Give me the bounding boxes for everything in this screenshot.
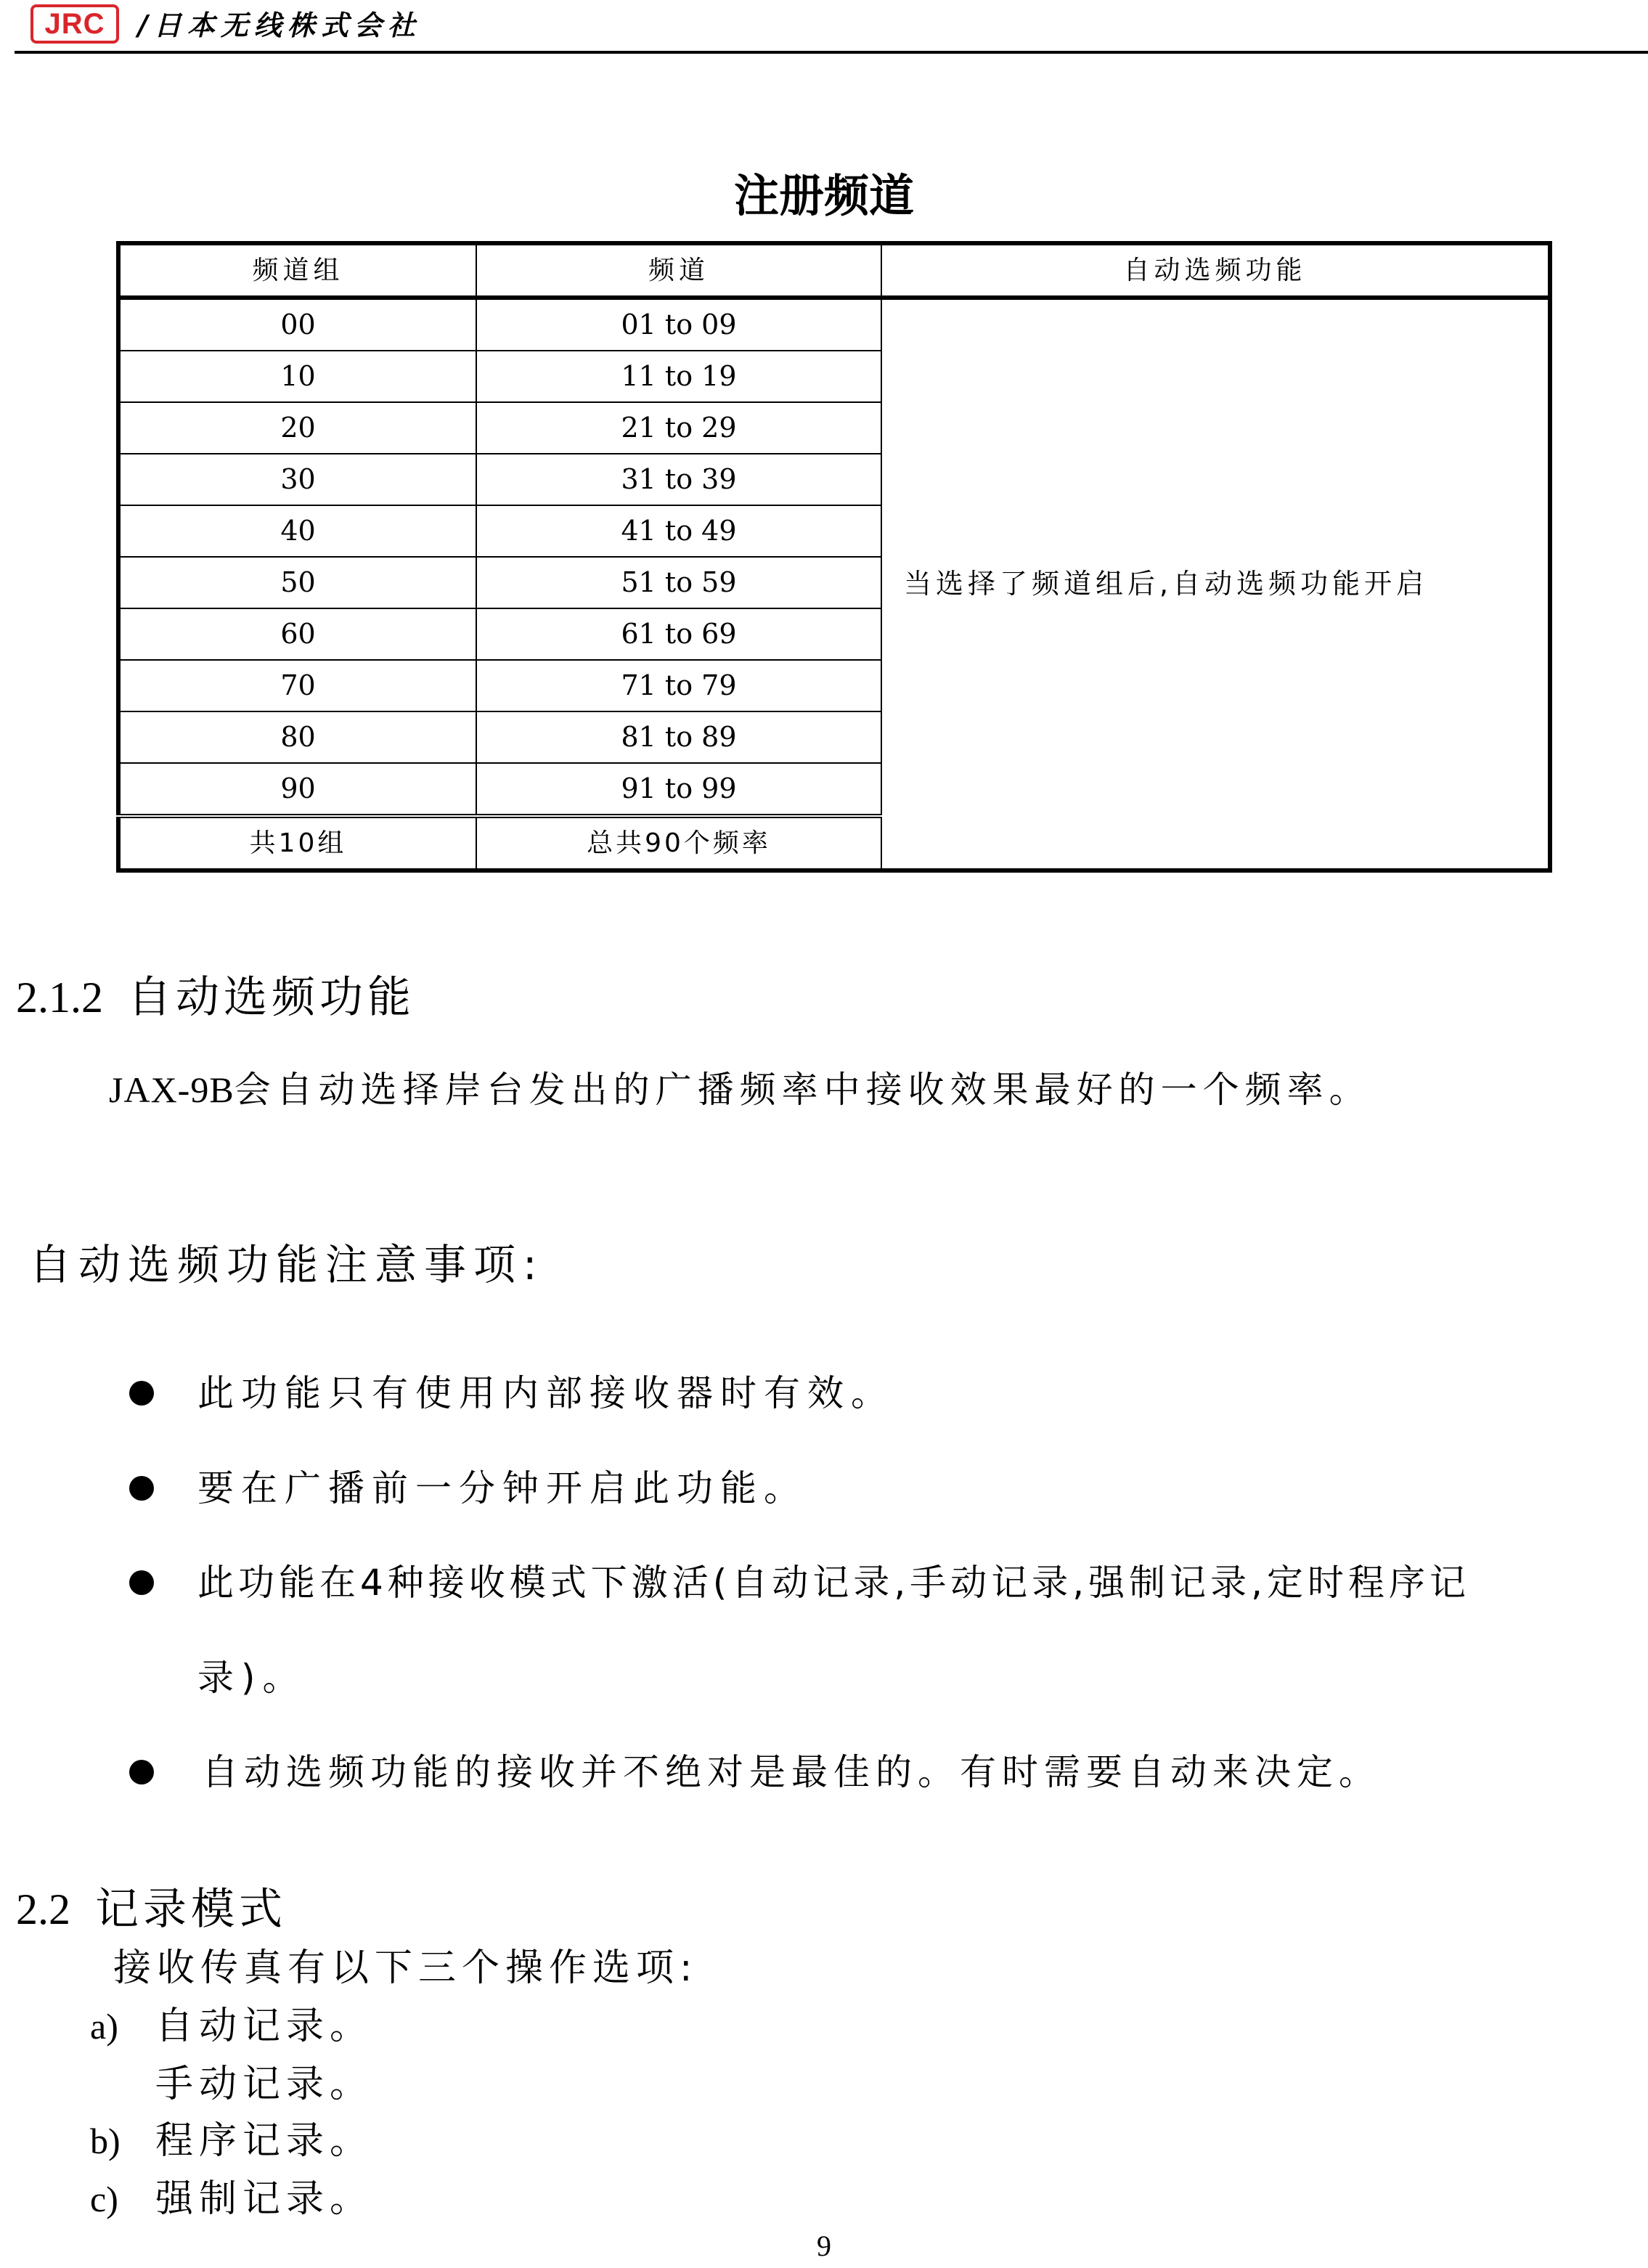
jrc-logo: JRC (30, 4, 119, 44)
section-2-2-heading: 2.2记录模式 (16, 1880, 287, 1938)
channels-cell: 61 to 69 (476, 608, 881, 660)
group-cell: 00 (118, 298, 476, 351)
channels-cell: 51 to 59 (476, 557, 881, 608)
group-cell: 60 (118, 608, 476, 660)
channels-cell: 41 to 49 (476, 505, 881, 557)
bullet-icon (129, 1760, 154, 1784)
group-cell: 10 (118, 351, 476, 402)
bullet-icon (129, 1381, 154, 1406)
option-text: 强制记录。 (155, 2174, 373, 2224)
section-number: 2.2 (16, 1885, 70, 1933)
group-cell: 90 (118, 763, 476, 816)
section-2-1-2-heading: 2.1.2自动选频功能 (16, 968, 415, 1027)
total-groups-cell: 共10组 (118, 816, 476, 870)
group-cell: 50 (118, 557, 476, 608)
table-row: 00 01 to 09 当选择了频道组后,自动选频功能开启 (118, 298, 1550, 351)
col-header-group: 频道组 (118, 243, 476, 298)
bullet-icon (129, 1570, 154, 1595)
header-divider (15, 51, 1648, 54)
total-channels-cell: 总共90个频率 (476, 816, 881, 870)
section-title: 自动选频功能 (128, 972, 415, 1023)
paragraph-text: 会自动选择岸台发出的广播频率中接收效果最好的一个频率。 (234, 1069, 1371, 1111)
col-header-auto-select: 自动选频功能 (881, 243, 1550, 298)
channels-cell: 31 to 39 (476, 454, 881, 505)
col-header-channel: 频道 (476, 243, 881, 298)
option-marker: c) (90, 2174, 118, 2224)
auto-select-note-cell: 当选择了频道组后,自动选频功能开启 (881, 298, 1550, 870)
channels-cell: 71 to 79 (476, 660, 881, 711)
company-name: /日本无线株式会社 (138, 6, 421, 45)
note-item: 此功能在4种接收模式下激活(自动记录,手动记录,强制记录,定时程序记 (197, 1557, 1470, 1608)
group-cell: 20 (118, 402, 476, 454)
channels-cell: 01 to 09 (476, 298, 881, 351)
recording-intro: 接收传真有以下三个操作选项: (113, 1943, 698, 1994)
section-number: 2.1.2 (16, 974, 103, 1021)
table-header-row: 频道组 频道 自动选频功能 (118, 243, 1550, 298)
option-text: 手动记录。 (155, 2059, 373, 2110)
channels-cell: 21 to 29 (476, 402, 881, 454)
page-number: 9 (0, 2229, 1648, 2263)
note-item-continuation: 录)。 (197, 1652, 306, 1703)
bullet-icon (129, 1476, 154, 1501)
channels-cell: 81 to 89 (476, 711, 881, 763)
section-title: 记录模式 (95, 1884, 287, 1935)
note-item: 要在广播前一分钟开启此功能。 (197, 1463, 807, 1514)
registered-channels-table: 频道组 频道 自动选频功能 00 01 to 09 当选择了频道组后,自动选频功… (116, 241, 1552, 873)
group-cell: 80 (118, 711, 476, 763)
logo-text: JRC (44, 8, 105, 41)
table-title: 注册频道 (0, 167, 1648, 225)
group-cell: 70 (118, 660, 476, 711)
option-text: 自动记录。 (155, 2001, 373, 2052)
notes-heading: 自动选频功能注意事项: (29, 1236, 544, 1294)
note-item: 此功能只有使用内部接收器时有效。 (197, 1368, 894, 1419)
option-text: 程序记录。 (155, 2116, 373, 2166)
channels-cell: 11 to 19 (476, 351, 881, 402)
channels-cell: 91 to 99 (476, 763, 881, 816)
option-marker: a) (90, 2001, 118, 2052)
group-cell: 30 (118, 454, 476, 505)
model-name: JAX-9B (109, 1069, 234, 1110)
note-item: 自动选频功能的接收并不绝对是最佳的。有时需要自动来决定。 (202, 1747, 1381, 1798)
section-2-1-2-paragraph: JAX-9B会自动选择岸台发出的广播频率中接收效果最好的一个频率。 (109, 1064, 1371, 1115)
group-cell: 40 (118, 505, 476, 557)
option-marker: b) (90, 2116, 121, 2166)
